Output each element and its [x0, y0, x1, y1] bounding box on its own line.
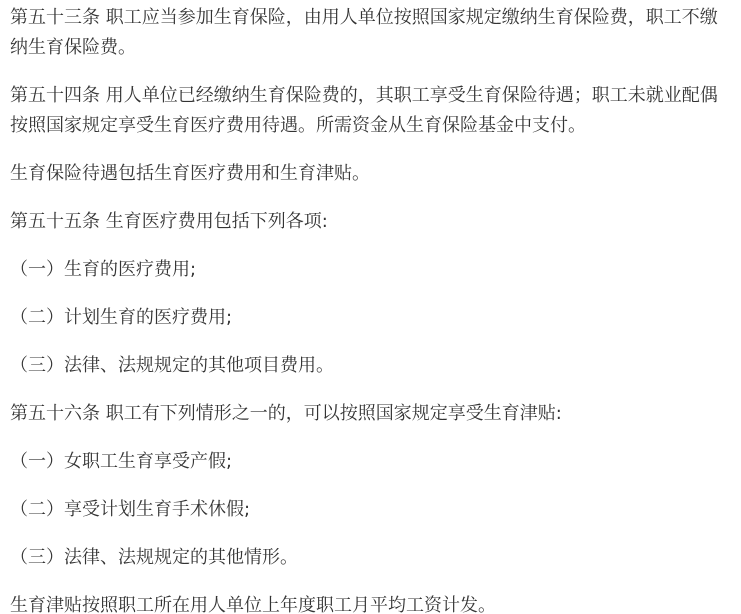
article-55-item-3: （三）法律、法规规定的其他项目费用。 [10, 351, 733, 381]
article-56-item-3: （三）法律、法规规定的其他情形。 [10, 543, 733, 573]
article-55-item-1: （一）生育的医疗费用; [10, 255, 733, 285]
article-56-item-1: （一）女职工生育享受产假; [10, 447, 733, 477]
article-54-text: 第五十四条 用人单位已经缴纳生育保险费的，其职工享受生育保险待遇；职工未就业配偶… [10, 81, 733, 141]
article-56-item-2: （二）享受计划生育手术休假; [10, 495, 733, 525]
article-55-heading: 第五十五条 生育医疗费用包括下列各项: [10, 207, 733, 237]
article-56-heading: 第五十六条 职工有下列情形之一的，可以按照国家规定享受生育津贴: [10, 399, 733, 429]
article-55-item-2: （二）计划生育的医疗费用; [10, 303, 733, 333]
article-53-text: 第五十三条 职工应当参加生育保险，由用人单位按照国家规定缴纳生育保险费，职工不缴… [10, 3, 733, 63]
allowance-basis-text: 生育津贴按照职工所在用人单位上年度职工月平均工资计发。 [10, 591, 733, 614]
benefit-scope-text: 生育保险待遇包括生育医疗费用和生育津贴。 [10, 159, 733, 189]
document-page: 第五十三条 职工应当参加生育保险，由用人单位按照国家规定缴纳生育保险费，职工不缴… [0, 0, 741, 614]
